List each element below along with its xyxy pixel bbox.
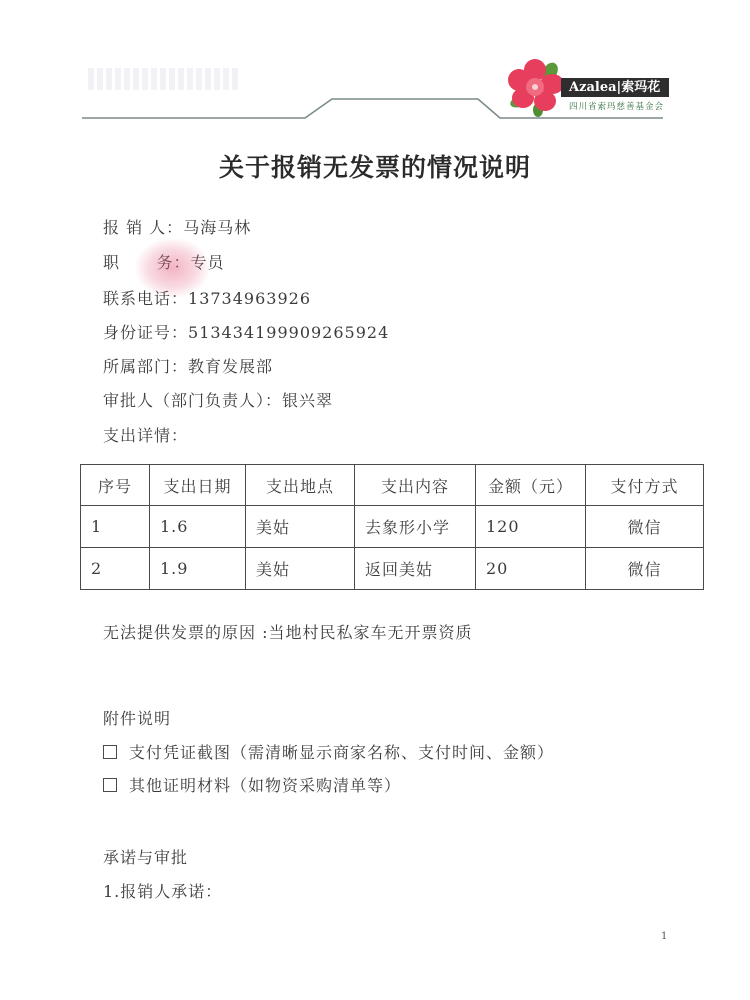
field-department: 所属部门：教育发展部 — [103, 354, 273, 377]
field-value: 银兴翠 — [282, 391, 333, 410]
foundation-logo: Azalea|索玛花 四川省索玛慈善基金会 — [505, 58, 675, 118]
column-header: 支出内容 — [355, 465, 476, 506]
field-value: 教育发展部 — [188, 357, 273, 376]
faint-header-text — [88, 68, 238, 90]
commitment-heading: 承诺与审批 — [103, 845, 188, 868]
field-position: 职 务：专员 — [103, 250, 225, 273]
table-row: 2 1.9 美姑 返回美姑 20 微信 — [81, 548, 704, 590]
attachment-label: 其他证明材料（如物资采购清单等） — [129, 776, 401, 795]
cell-amount: 120 — [476, 506, 586, 548]
cell-content: 返回美姑 — [355, 548, 476, 590]
column-header: 支出地点 — [246, 465, 355, 506]
cell-payment-method: 微信 — [586, 506, 704, 548]
table-row: 1 1.6 美姑 去象形小学 120 微信 — [81, 506, 704, 548]
field-label: 所属部门： — [103, 354, 188, 377]
attachments-heading: 附件说明 — [103, 706, 171, 729]
logo-banner: Azalea|索玛花 — [561, 78, 669, 97]
azalea-flower-icon — [505, 58, 567, 118]
cell-payment-method: 微信 — [586, 548, 704, 590]
field-claimant: 报 销 人：马海马林 — [103, 215, 251, 238]
expense-table: 序号 支出日期 支出地点 支出内容 金额（元） 支付方式 1 1.6 美姑 去象… — [80, 464, 704, 590]
field-id-number: 身份证号：513434199909265924 — [103, 320, 389, 343]
attachment-item: 支付凭证截图（需清晰显示商家名称、支付时间、金额） — [103, 740, 554, 763]
field-value: 13734963926 — [188, 289, 311, 308]
attachment-item: 其他证明材料（如物资采购清单等） — [103, 773, 401, 796]
cell-date: 1.9 — [150, 548, 246, 590]
commitment-item-1: 1.报销人承诺： — [103, 879, 222, 902]
logo-subtitle: 四川省索玛慈善基金会 — [569, 100, 664, 112]
cell-location: 美姑 — [246, 506, 355, 548]
field-label: 身份证号： — [103, 320, 188, 343]
field-approver: 审批人（部门负责人）：银兴翠 — [103, 388, 333, 411]
field-label: 报 销 人： — [103, 215, 183, 238]
field-phone: 联系电话：13734963926 — [103, 286, 311, 309]
attachment-label: 支付凭证截图（需清晰显示商家名称、支付时间、金额） — [129, 743, 554, 762]
column-header: 支出日期 — [150, 465, 246, 506]
field-label: 审批人（部门负责人）： — [103, 388, 282, 411]
cell-content: 去象形小学 — [355, 506, 476, 548]
field-value: 513434199909265924 — [188, 323, 389, 342]
column-header: 支付方式 — [586, 465, 704, 506]
table-header-row: 序号 支出日期 支出地点 支出内容 金额（元） 支付方式 — [81, 465, 704, 506]
column-header: 序号 — [81, 465, 150, 506]
field-expense-details: 支出详情： — [103, 423, 188, 446]
cell-location: 美姑 — [246, 548, 355, 590]
document-page: Azalea|索玛花 四川省索玛慈善基金会 关于报销无发票的情况说明 报 销 人… — [0, 0, 750, 1000]
logo-brand-en: Azalea — [569, 80, 617, 95]
checkbox-payment-screenshot[interactable] — [103, 745, 117, 759]
field-label: 职 务： — [103, 250, 191, 273]
field-value: 专员 — [191, 253, 225, 272]
cell-amount: 20 — [476, 548, 586, 590]
cell-index: 1 — [81, 506, 150, 548]
checkbox-other-proof[interactable] — [103, 778, 117, 792]
field-value: 马海马林 — [183, 218, 251, 237]
cell-index: 2 — [81, 548, 150, 590]
reason-label: 无法提供发票的原因 : — [103, 623, 268, 642]
document-title: 关于报销无发票的情况说明 — [0, 148, 750, 184]
logo-brand-cn: 索玛花 — [621, 80, 660, 95]
field-label: 联系电话： — [103, 286, 188, 309]
column-header: 金额（元） — [476, 465, 586, 506]
cell-date: 1.6 — [150, 506, 246, 548]
field-label: 支出详情： — [103, 423, 188, 446]
page-number: 1 — [661, 931, 667, 942]
no-invoice-reason: 无法提供发票的原因 :当地村民私家车无开票资质 — [103, 620, 473, 643]
reason-value: 当地村民私家车无开票资质 — [268, 623, 472, 642]
